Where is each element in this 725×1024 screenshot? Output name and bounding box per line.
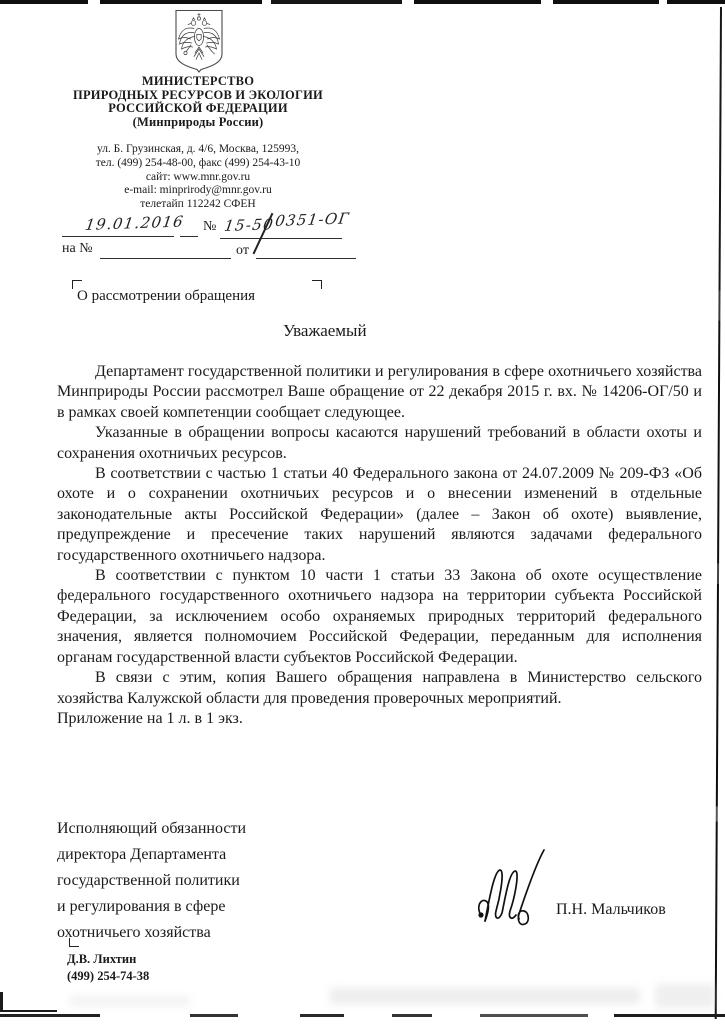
number-underline [220,238,342,239]
signer-position-block: Исполняющий обязанности директора Департ… [57,816,246,946]
number-sign-label: № [203,219,216,235]
ministry-name-block: МИНИСТЕРСТВО ПРИРОДНЫХ РЕСУРСОВ И ЭКОЛОГ… [38,75,358,129]
date-underline-segment [180,236,198,237]
executor-name: Д.В. Лихтин [67,951,149,968]
ministry-line: МИНИСТЕРСТВО [38,75,358,89]
subject-line: О рассмотрении обращения [77,288,255,305]
handwritten-number-part2: 0351-ОГ [274,209,351,230]
executor-block: Д.В. Лихтин (499) 254-74-38 [67,951,149,984]
signer-position-line: и регулирования в сфере [57,894,246,920]
scanned-letter-page: МИНИСТЕРСТВО ПРИРОДНЫХ РЕСУРСОВ И ЭКОЛОГ… [0,0,725,1024]
ministry-line: РОССИЙСКОЙ ФЕДЕРАЦИИ [38,102,358,116]
signer-position-line: охотничьего хозяйства [57,920,246,946]
signer-position-line: государственной политики [57,868,246,894]
handwritten-signature [472,845,567,940]
scan-smudge [330,988,640,1004]
scan-artifact-bottom-edge [0,1014,725,1017]
scan-smudge [70,996,190,1006]
scan-smudge [655,984,715,1008]
contact-block: ул. Б. Грузинская, д. 4/6, Москва, 12599… [38,143,358,212]
scan-artifact-left-step [3,1010,57,1012]
letter-body: Департамент государственной политики и р… [57,362,702,729]
signer-position-line: директора Департамента [57,842,246,868]
email-line: e-mail: minprirody@mnr.gov.ru [38,184,358,198]
scan-artifact-top-edge [0,0,725,4]
body-paragraph: Указанные в обращении вопросы касаются н… [57,423,702,464]
reply-date-underline [256,258,356,259]
handwritten-date: 19.01.2016 [84,212,185,234]
date-underline [62,236,174,237]
attachment-line: Приложение на 1 л. в 1 экз. [57,709,702,729]
phone-fax-line: тел. (499) 254-48-00, факс (499) 254-43-… [38,157,358,171]
ministry-short-name: (Минприроды России) [38,116,358,130]
reply-number-underline [100,258,231,259]
scan-artifact-left-tick [0,992,3,1012]
postal-address: ул. Б. Грузинская, д. 4/6, Москва, 12599… [38,143,358,157]
scan-artifact-right-edge [715,7,722,1019]
executor-phone: (499) 254-74-38 [67,968,149,985]
body-paragraph: В соответствии с пунктом 10 части 1 стат… [57,566,702,668]
reply-from-label: от [236,243,249,259]
body-paragraph: В соответствии с частью 1 статьи 40 Феде… [57,464,702,566]
salutation: Уважаемый [283,321,367,341]
signer-position-line: Исполняющий обязанности [57,816,246,842]
body-paragraph: Департамент государственной политики и р… [57,362,702,423]
reply-to-number-label: на № [62,241,93,257]
signer-name: П.Н. Мальчиков [556,901,666,919]
body-paragraph: В связи с этим, копия Вашего обращения н… [57,668,702,709]
coat-of-arms-icon [172,8,226,74]
corner-mark-top-right [312,280,322,289]
website-line: сайт: www.mnr.gov.ru [38,171,358,185]
ministry-line: ПРИРОДНЫХ РЕСУРСОВ И ЭКОЛОГИИ [38,89,358,103]
